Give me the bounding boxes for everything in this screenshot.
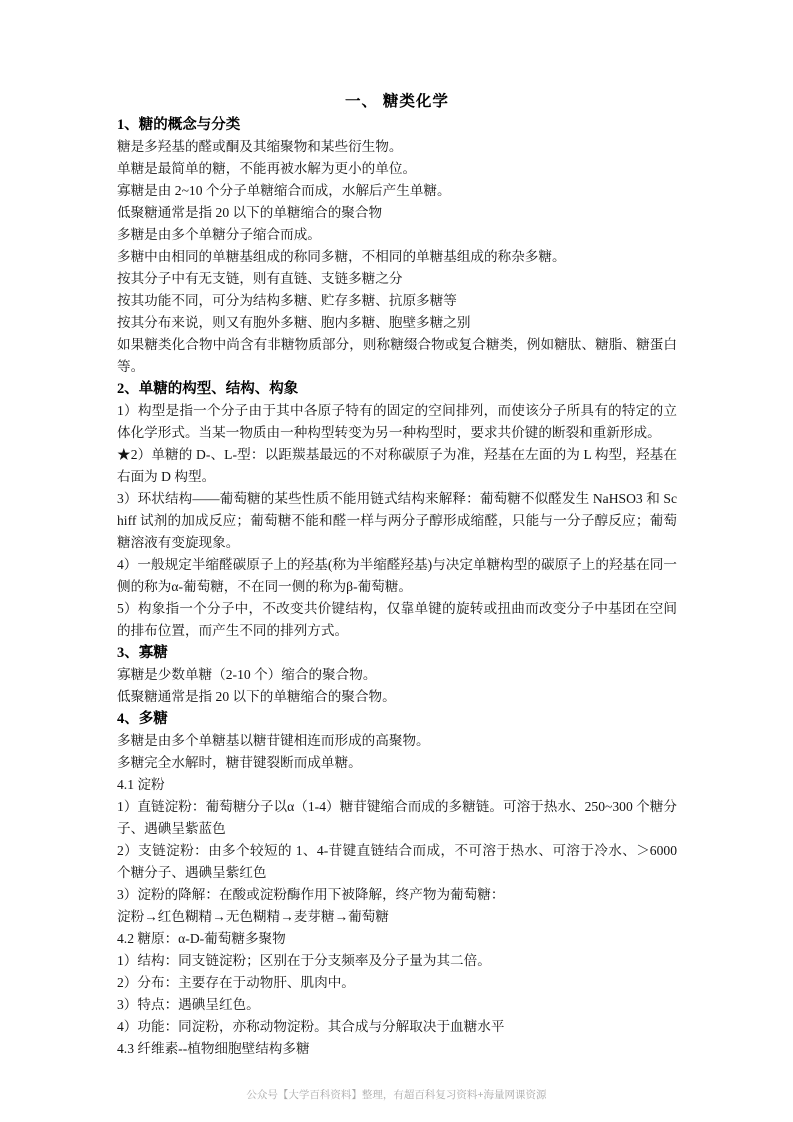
section-oligosaccharide: 3、寡糖 寡糖是少数单糖（2-10 个）缩合的聚合物。低聚糖通常是指 20 以下…	[117, 642, 677, 708]
paragraph: 2）支链淀粉：由多个较短的 1、4-苷键直链结合而成，不可溶于热水、可溶于冷水、…	[117, 840, 677, 884]
paragraph: 3）特点：遇碘呈红色。	[117, 994, 677, 1016]
paragraph: 1）结构：同支链淀粉；区别在于分支频率及分子量为其二倍。	[117, 950, 677, 972]
section-paragraphs: 1）构型是指一个分子由于其中各原子特有的固定的空间排列，而使该分子所具有的特定的…	[117, 400, 677, 642]
paragraph: 1）直链淀粉：葡萄糖分子以α（1-4）糖苷键缩合而成的多糖链。可溶于热水、250…	[117, 796, 677, 840]
paragraph: 3）环状结构——葡萄糖的某些性质不能用链式结构来解释：葡萄糖不似醛发生 NaHS…	[117, 488, 677, 554]
paragraph: 淀粉→红色糊精→无色糊精→麦芽糖→葡萄糖	[117, 906, 677, 928]
paragraph: 按其分子中有无支链，则有直链、支链多糖之分	[117, 268, 677, 290]
paragraph: 低聚糖通常是指 20 以下的单糖缩合的聚合物。	[117, 686, 677, 708]
section-polysaccharide: 4、多糖 多糖是由多个单糖基以糖苷键相连而形成的高聚物。多糖完全水解时，糖苷键裂…	[117, 708, 677, 1060]
section-monosaccharide: 2、单糖的构型、结构、构象 1）构型是指一个分子由于其中各原子特有的固定的空间排…	[117, 378, 677, 642]
paragraph: 4.2 糖原：α-D-葡萄糖多聚物	[117, 928, 677, 950]
page-footer: 公众号【大学百科资料】整理，有超百科复习资料+海量网课资源	[0, 1088, 793, 1102]
paragraph: 多糖是由多个单糖分子缩合而成。	[117, 224, 677, 246]
section-paragraphs: 多糖是由多个单糖基以糖苷键相连而形成的高聚物。多糖完全水解时，糖苷键裂断而成单糖…	[117, 730, 677, 1060]
paragraph: 按其分布来说，则又有胞外多糖、胞内多糖、胞壁多糖之别	[117, 312, 677, 334]
paragraph: 低聚糖通常是指 20 以下的单糖缩合的聚合物	[117, 202, 677, 224]
section-heading: 3、寡糖	[117, 642, 677, 664]
paragraph: 多糖是由多个单糖基以糖苷键相连而形成的高聚物。	[117, 730, 677, 752]
section-sugar-concept: 1、糖的概念与分类 糖是多羟基的醛或酮及其缩聚物和某些衍生物。单糖是最简单的糖，…	[117, 114, 677, 378]
paragraph: 多糖完全水解时，糖苷键裂断而成单糖。	[117, 752, 677, 774]
paragraph: 4.1 淀粉	[117, 774, 677, 796]
paragraph: 3）淀粉的降解：在酸或淀粉酶作用下被降解，终产物为葡萄糖：	[117, 884, 677, 906]
paragraph: 4）一般规定半缩醛碳原子上的羟基(称为半缩醛羟基)与决定单糖构型的碳原子上的羟基…	[117, 554, 677, 598]
paragraph: 2）分布：主要存在于动物肝、肌肉中。	[117, 972, 677, 994]
paragraph: 多糖中由相同的单糖基组成的称同多糖，不相同的单糖基组成的称杂多糖。	[117, 246, 677, 268]
section-heading: 4、多糖	[117, 708, 677, 730]
paragraph: 如果糖类化合物中尚含有非糖物质部分，则称糖缀合物或复合糖类，例如糖肽、糖脂、糖蛋…	[117, 334, 677, 378]
document-page: 一、 糖类化学 1、糖的概念与分类 糖是多羟基的醛或酮及其缩聚物和某些衍生物。单…	[0, 0, 793, 1122]
page-title: 一、 糖类化学	[117, 90, 677, 114]
section-heading: 1、糖的概念与分类	[117, 114, 677, 136]
paragraph: 5）构象指一个分子中，不改变共价键结构，仅靠单键的旋转或扭曲而改变分子中基团在空…	[117, 598, 677, 642]
paragraph: 1）构型是指一个分子由于其中各原子特有的固定的空间排列，而使该分子所具有的特定的…	[117, 400, 677, 444]
paragraph: 寡糖是由 2~10 个分子单糖缩合而成，水解后产生单糖。	[117, 180, 677, 202]
paragraph: ★2）单糖的 D-、L-型：以距羰基最远的不对称碳原子为准，羟基在左面的为 L …	[117, 444, 677, 488]
paragraph: 4）功能：同淀粉，亦称动物淀粉。其合成与分解取决于血糖水平	[117, 1016, 677, 1038]
section-heading: 2、单糖的构型、结构、构象	[117, 378, 677, 400]
paragraph: 按其功能不同，可分为结构多糖、贮存多糖、抗原多糖等	[117, 290, 677, 312]
paragraph: 单糖是最简单的糖，不能再被水解为更小的单位。	[117, 158, 677, 180]
paragraph: 糖是多羟基的醛或酮及其缩聚物和某些衍生物。	[117, 136, 677, 158]
paragraph: 寡糖是少数单糖（2-10 个）缩合的聚合物。	[117, 664, 677, 686]
paragraph: 4.3 纤维素--植物细胞壁结构多糖	[117, 1038, 677, 1060]
section-paragraphs: 糖是多羟基的醛或酮及其缩聚物和某些衍生物。单糖是最简单的糖，不能再被水解为更小的…	[117, 136, 677, 378]
section-paragraphs: 寡糖是少数单糖（2-10 个）缩合的聚合物。低聚糖通常是指 20 以下的单糖缩合…	[117, 664, 677, 708]
